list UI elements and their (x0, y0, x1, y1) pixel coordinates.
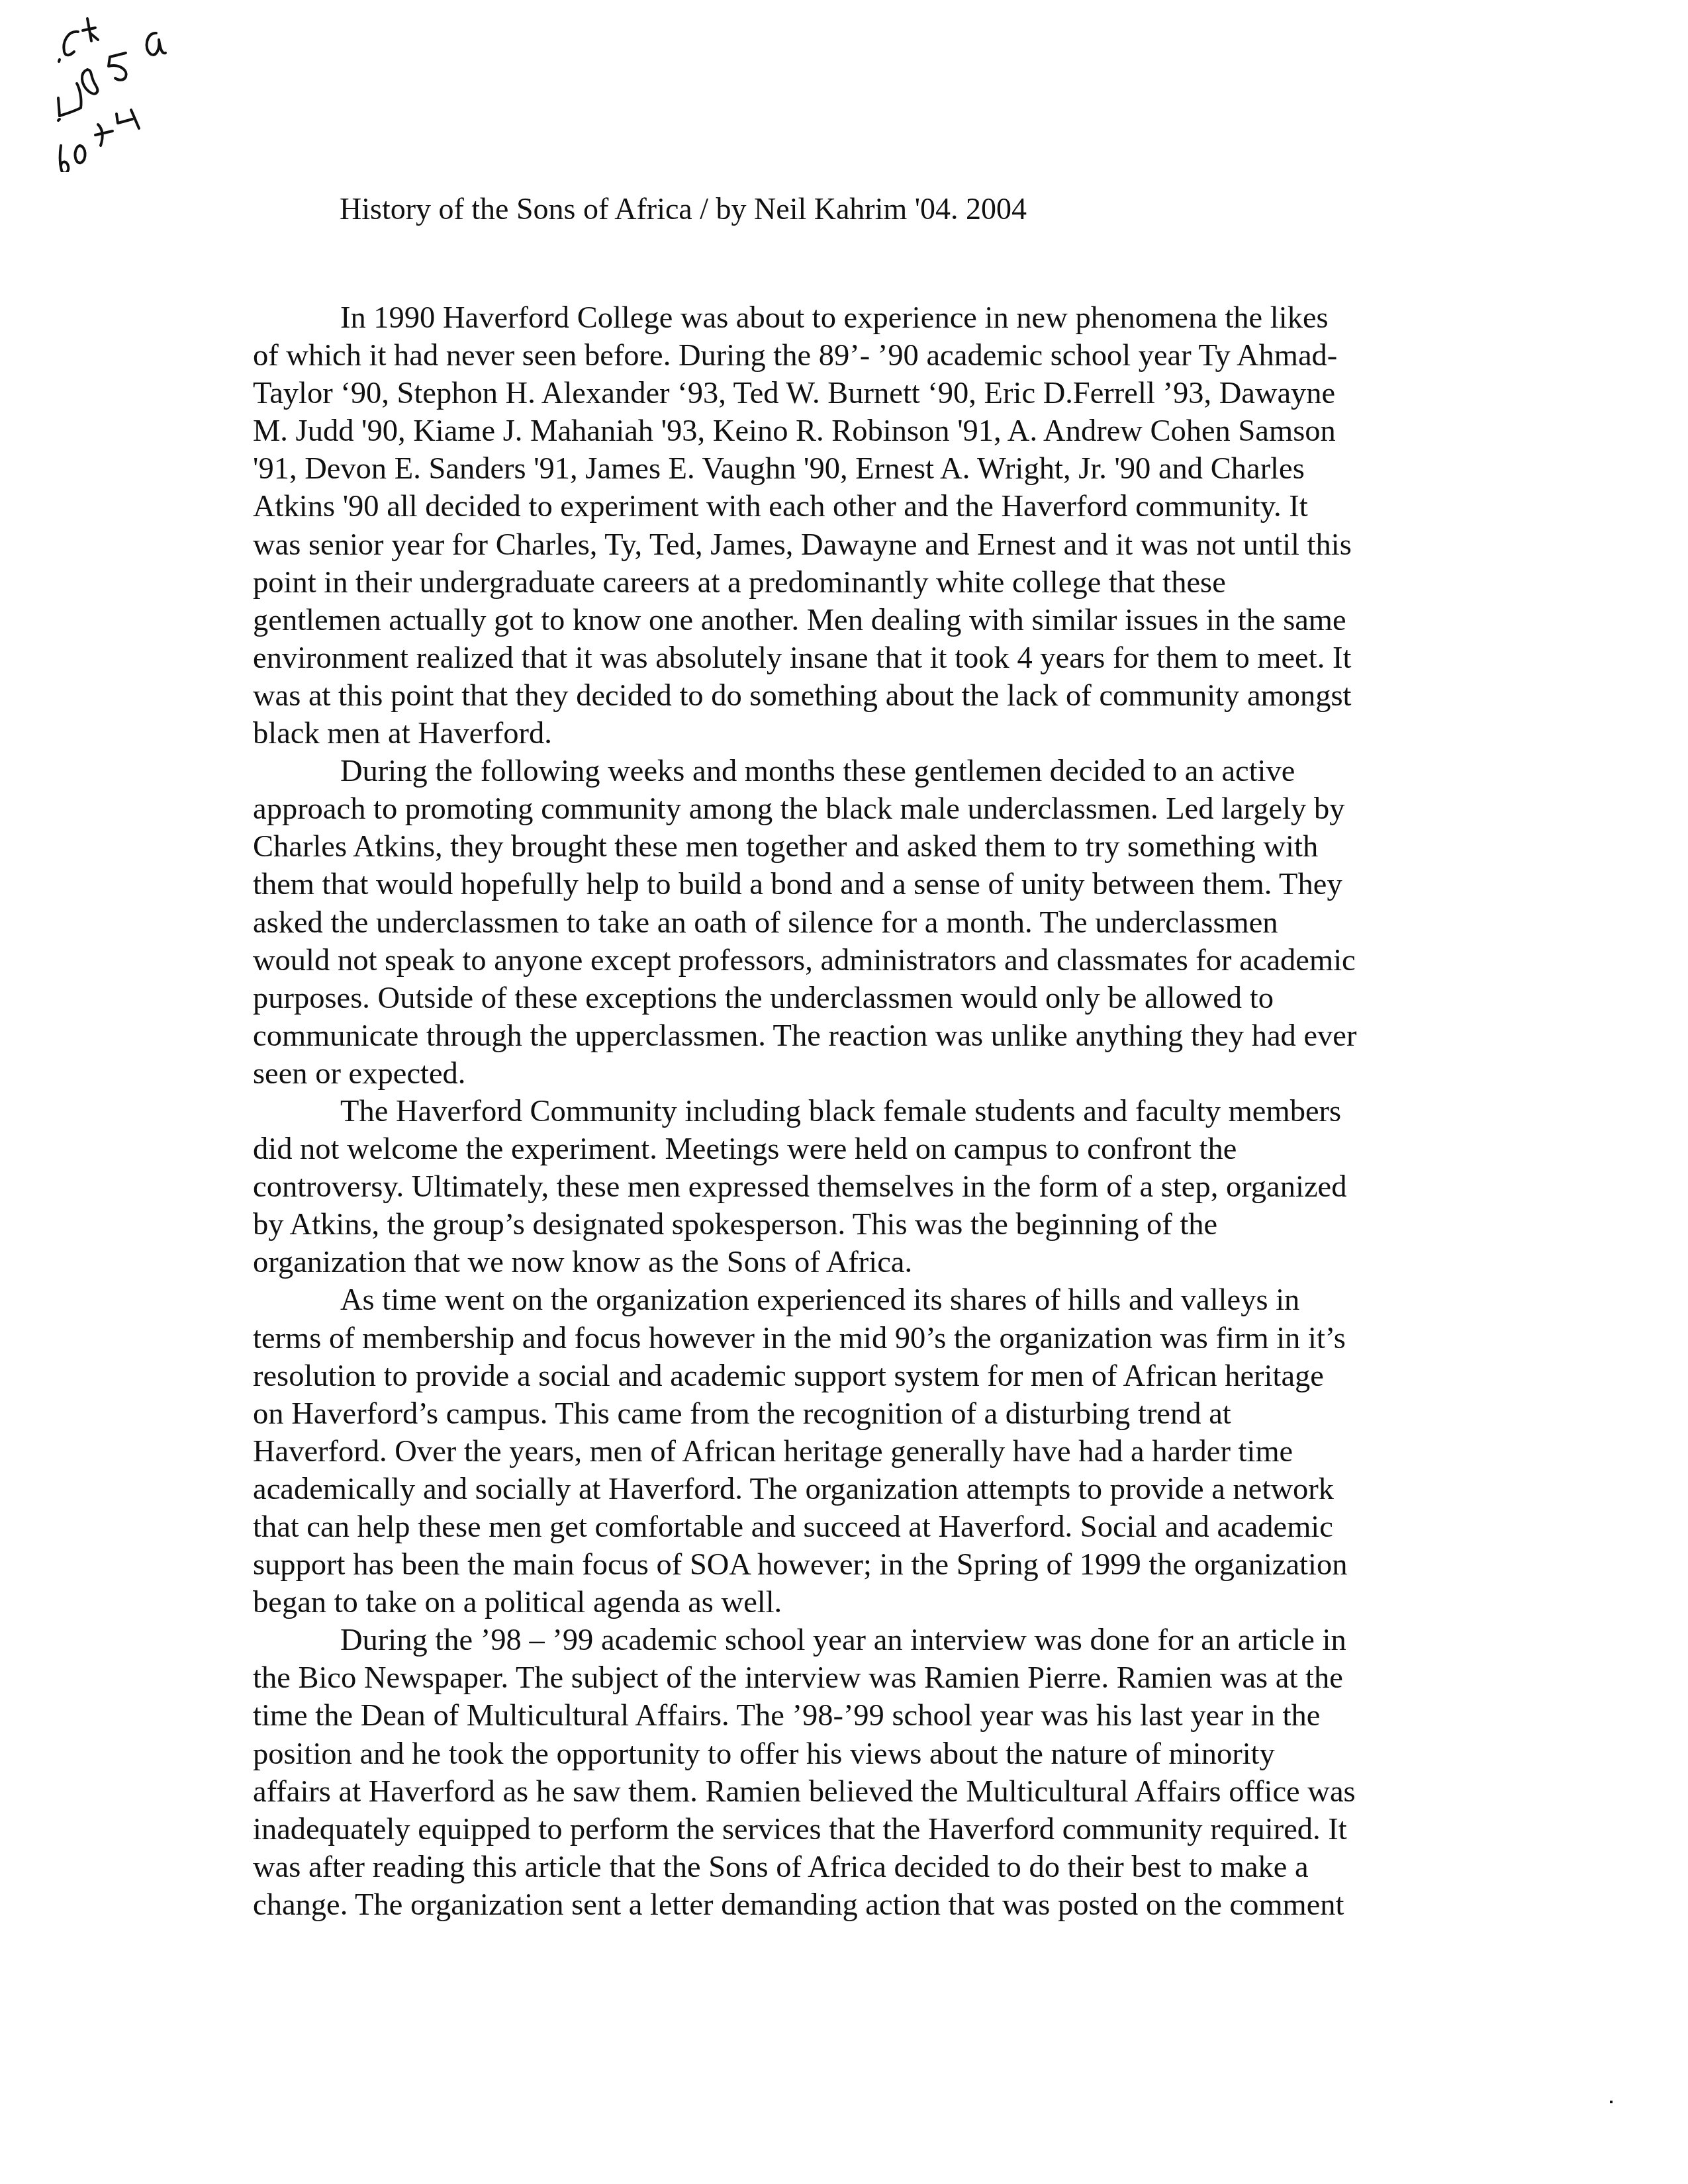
scan-speck (1610, 2101, 1613, 2103)
body-line: organization that we now know as the Son… (253, 1244, 1444, 1281)
body-line: Taylor ‘90, Stephon H. Alexander ‘93, Te… (253, 375, 1444, 412)
body-line: academically and socially at Haverford. … (253, 1471, 1444, 1508)
body-line: In 1990 Haverford College was about to e… (253, 299, 1444, 337)
body-line: terms of membership and focus however in… (253, 1320, 1444, 1357)
body-line: approach to promoting community among th… (253, 790, 1444, 828)
handwritten-annotation-icon (26, 13, 199, 172)
body-line: did not welcome the experiment. Meetings… (253, 1130, 1444, 1168)
body-line: '91, Devon E. Sanders '91, James E. Vaug… (253, 450, 1444, 488)
body-line: seen or expected. (253, 1055, 1444, 1093)
body-line: by Atkins, the group’s designated spokes… (253, 1206, 1444, 1244)
body-line: change. The organization sent a letter d… (253, 1886, 1444, 1924)
body-line: controversy. Ultimately, these men expre… (253, 1168, 1444, 1206)
body-line: M. Judd '90, Kiame J. Mahaniah '93, Kein… (253, 412, 1444, 450)
body-line: black men at Haverford. (253, 715, 1444, 752)
body-line: support has been the main focus of SOA h… (253, 1546, 1444, 1584)
body-line: that can help these men get comfortable … (253, 1508, 1444, 1546)
body-line: purposes. Outside of these exceptions th… (253, 979, 1444, 1017)
body-line: Atkins '90 all decided to experiment wit… (253, 488, 1444, 525)
body-line: them that would hopefully help to build … (253, 866, 1444, 903)
body-line: was after reading this article that the … (253, 1848, 1444, 1886)
body-line: time the Dean of Multicultural Affairs. … (253, 1697, 1444, 1735)
body-line: The Haverford Community including black … (253, 1093, 1444, 1130)
document-body: In 1990 Haverford College was about to e… (253, 299, 1444, 1924)
body-line: resolution to provide a social and acade… (253, 1357, 1444, 1395)
body-line: point in their undergraduate careers at … (253, 564, 1444, 602)
body-line: of which it had never seen before. Durin… (253, 337, 1444, 375)
body-line: Haverford. Over the years, men of Africa… (253, 1433, 1444, 1471)
body-line: communicate through the upperclassmen. T… (253, 1017, 1444, 1055)
body-line: position and he took the opportunity to … (253, 1735, 1444, 1773)
body-line: Charles Atkins, they brought these men t… (253, 828, 1444, 866)
body-line: began to take on a political agenda as w… (253, 1584, 1444, 1621)
body-line: gentlemen actually got to know one anoth… (253, 602, 1444, 639)
body-line: inadequately equipped to perform the ser… (253, 1811, 1444, 1848)
body-line: As time went on the organization experie… (253, 1281, 1444, 1319)
body-line: would not speak to anyone except profess… (253, 942, 1444, 979)
body-line: the Bico Newspaper. The subject of the i… (253, 1659, 1444, 1697)
handwritten-call-number (26, 13, 199, 172)
body-line: environment realized that it was absolut… (253, 639, 1444, 677)
body-line: During the following weeks and months th… (253, 752, 1444, 790)
body-line: affairs at Haverford as he saw them. Ram… (253, 1773, 1444, 1811)
body-line: During the ’98 – ’99 academic school yea… (253, 1621, 1444, 1659)
body-line: asked the underclassmen to take an oath … (253, 904, 1444, 942)
document-title: History of the Sons of Africa / by Neil … (340, 189, 1027, 229)
body-line: was senior year for Charles, Ty, Ted, Ja… (253, 526, 1444, 564)
body-line: was at this point that they decided to d… (253, 677, 1444, 715)
body-line: on Haverford’s campus. This came from th… (253, 1395, 1444, 1433)
